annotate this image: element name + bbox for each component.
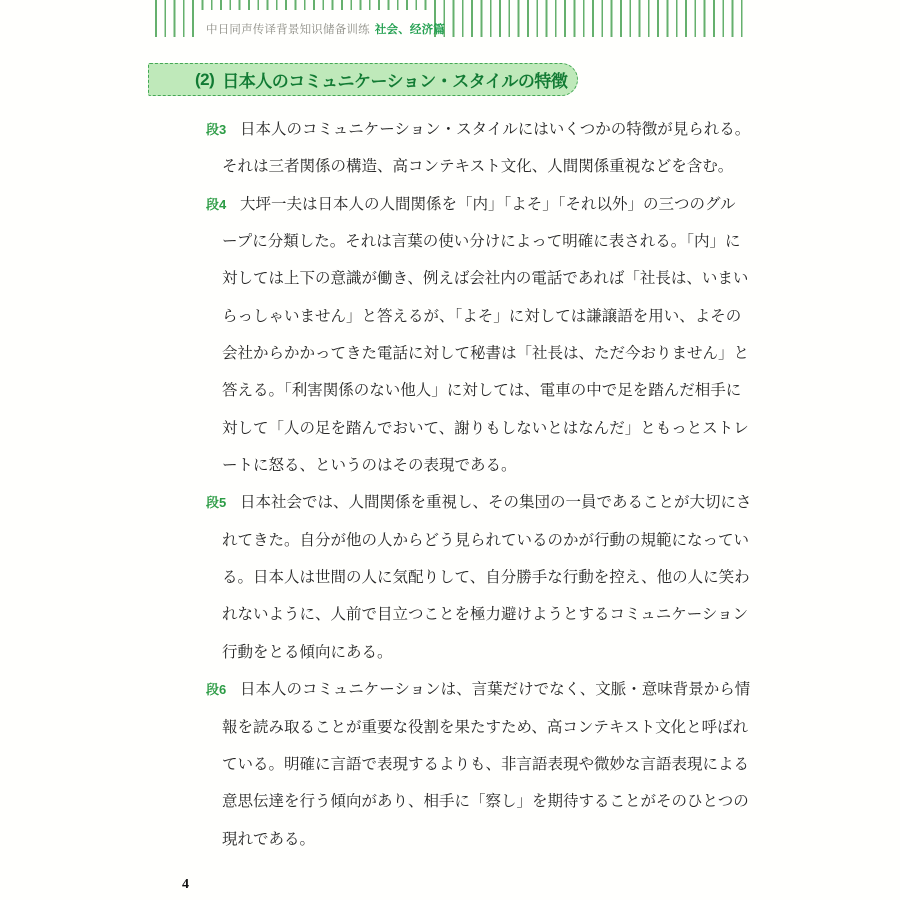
paragraph-line-text: 現れである。 <box>222 831 315 848</box>
paragraph-line-text: れてきた。自分が他の人からどう見られているのかが行動の規範になってい <box>222 532 749 549</box>
paragraph-line-text: 行動をとる傾向にある。 <box>222 644 393 661</box>
paragraph-line-text: 答える。「利害関係のない他人」に対しては、電車の中で足を踏んだ相手に <box>222 382 741 399</box>
page-number: 4 <box>182 877 189 893</box>
paragraph-line-text: る。日本人は世間の人に気配りして、自分勝手な行動を控え、他の人に笑わ <box>222 569 750 586</box>
paragraph-line: ープに分類した。それは言葉の使い分けによって明確に表される。「内」に <box>222 223 756 260</box>
paragraph-line: る。日本人は世間の人に気配りして、自分勝手な行動を控え、他の人に笑わ <box>222 559 756 596</box>
section-title: 日本人のコミュニケーション・スタイルの特徴 <box>222 67 567 92</box>
section-heading: (2) 日本人のコミュニケーション・スタイルの特徴 <box>148 63 578 96</box>
paragraph-line: 会社からかかってきた電話に対して秘書は「社長は、ただ今おりません」と <box>222 335 756 372</box>
paragraph-marker: 段6 <box>206 671 226 708</box>
paragraph-line: 行動をとる傾向にある。 <box>222 634 756 671</box>
paragraph-line-text: らっしゃいません」と答えるが、「よそ」に対しては謙譲語を用い、よその <box>222 308 741 325</box>
paragraph-line-text: 会社からかかってきた電話に対して秘書は「社長は、ただ今おりません」と <box>222 345 749 362</box>
running-head: 中日同声传译背景知识储备训练 社会、经济篇 <box>201 10 432 37</box>
paragraph-line-text: ートに怒る、というのはその表現である。 <box>222 457 517 474</box>
paragraph-line-text: 日本社会では、人間関係を重視し、その集団の一員であることが大切にさ <box>240 494 752 511</box>
paragraph-line: 答える。「利害関係のない他人」に対しては、電車の中で足を踏んだ相手に <box>222 372 756 409</box>
paragraph-line: ートに怒る、というのはその表現である。 <box>222 447 756 484</box>
paragraph-line-text: れないように、人前で目立つことを極力避けようとするコミュニケーション <box>222 606 748 623</box>
paragraph-line: 段6日本人のコミュニケーションは、言葉だけでなく、文脈・意味背景から情 <box>222 671 756 708</box>
paragraph-marker: 段3 <box>206 111 226 148</box>
header-series-title: 中日同声传译背景知识储备训练 <box>206 21 370 37</box>
paragraph-line-text: 対しては上下の意識が働き、例えば会社内の電話であれば「社長は、いまい <box>222 270 748 287</box>
paragraph-line-text: 対して「人の足を踏んでおいて、謝りもしないとはなんだ」ともっとストレ <box>222 420 749 437</box>
paragraph-line-text: 意思伝達を行う傾向があり、相手に「察し」を期待することがそのひとつの <box>222 793 749 810</box>
paragraph-line-text: ている。明確に言語で表現するよりも、非言語表現や微妙な言語表現による <box>222 756 749 773</box>
paragraph-line: れないように、人前で目立つことを極力避けようとするコミュニケーション <box>222 596 756 633</box>
paragraph-line: 段3日本人のコミュニケーション・スタイルにはいくつかの特徴が見られる。 <box>222 111 756 148</box>
paragraph-line: 意思伝達を行う傾向があり、相手に「察し」を期待することがそのひとつの <box>222 783 756 820</box>
paragraph-line-text: それは三者関係の構造、高コンテキスト文化、人間関係重視などを含む。 <box>222 158 733 175</box>
paragraph-marker: 段5 <box>206 484 226 521</box>
paragraph-line: 段5日本社会では、人間関係を重視し、その集団の一員であることが大切にさ <box>222 484 756 521</box>
section-number: (2) <box>195 70 214 90</box>
paragraph-line-text: 日本人のコミュニケーションは、言葉だけでなく、文脈・意味背景から情 <box>240 681 750 698</box>
paragraph-line: 現れである。 <box>222 821 756 858</box>
book-page: 中日同声传译背景知识储备训练 社会、经济篇 (2) 日本人のコミュニケーション・… <box>0 0 900 900</box>
paragraph-line: 報を読み取ることが重要な役割を果たすため、高コンテキスト文化と呼ばれ <box>222 709 756 746</box>
paragraph-line-text: 大坪一夫は日本人の人間関係を「内」「よそ」「それ以外」の三つのグル <box>240 196 736 213</box>
paragraph-line: ている。明確に言語で表現するよりも、非言語表現や微妙な言語表現による <box>222 746 756 783</box>
paragraph-line: らっしゃいません」と答えるが、「よそ」に対しては謙譲語を用い、よその <box>222 298 756 335</box>
paragraph-line-text: 日本人のコミュニケーション・スタイルにはいくつかの特徴が見られる。 <box>240 121 750 138</box>
paragraph-line-text: ープに分類した。それは言葉の使い分けによって明確に表される。「内」に <box>222 233 740 250</box>
paragraph-line: 段4大坪一夫は日本人の人間関係を「内」「よそ」「それ以外」の三つのグル <box>222 186 756 223</box>
body-text: 段3日本人のコミュニケーション・スタイルにはいくつかの特徴が見られる。それは三者… <box>222 111 756 858</box>
paragraph-line-text: 報を読み取ることが重要な役割を果たすため、高コンテキスト文化と呼ばれ <box>222 719 748 736</box>
paragraph-line: れてきた。自分が他の人からどう見られているのかが行動の規範になってい <box>222 522 756 559</box>
header-volume-title: 社会、经济篇 <box>375 21 445 37</box>
paragraph-marker: 段4 <box>206 186 226 223</box>
paragraph-line: 対しては上下の意識が働き、例えば会社内の電話であれば「社長は、いまい <box>222 260 756 297</box>
paragraph-line: それは三者関係の構造、高コンテキスト文化、人間関係重視などを含む。 <box>222 148 756 185</box>
paragraph-line: 対して「人の足を踏んでおいて、謝りもしないとはなんだ」ともっとストレ <box>222 410 756 447</box>
